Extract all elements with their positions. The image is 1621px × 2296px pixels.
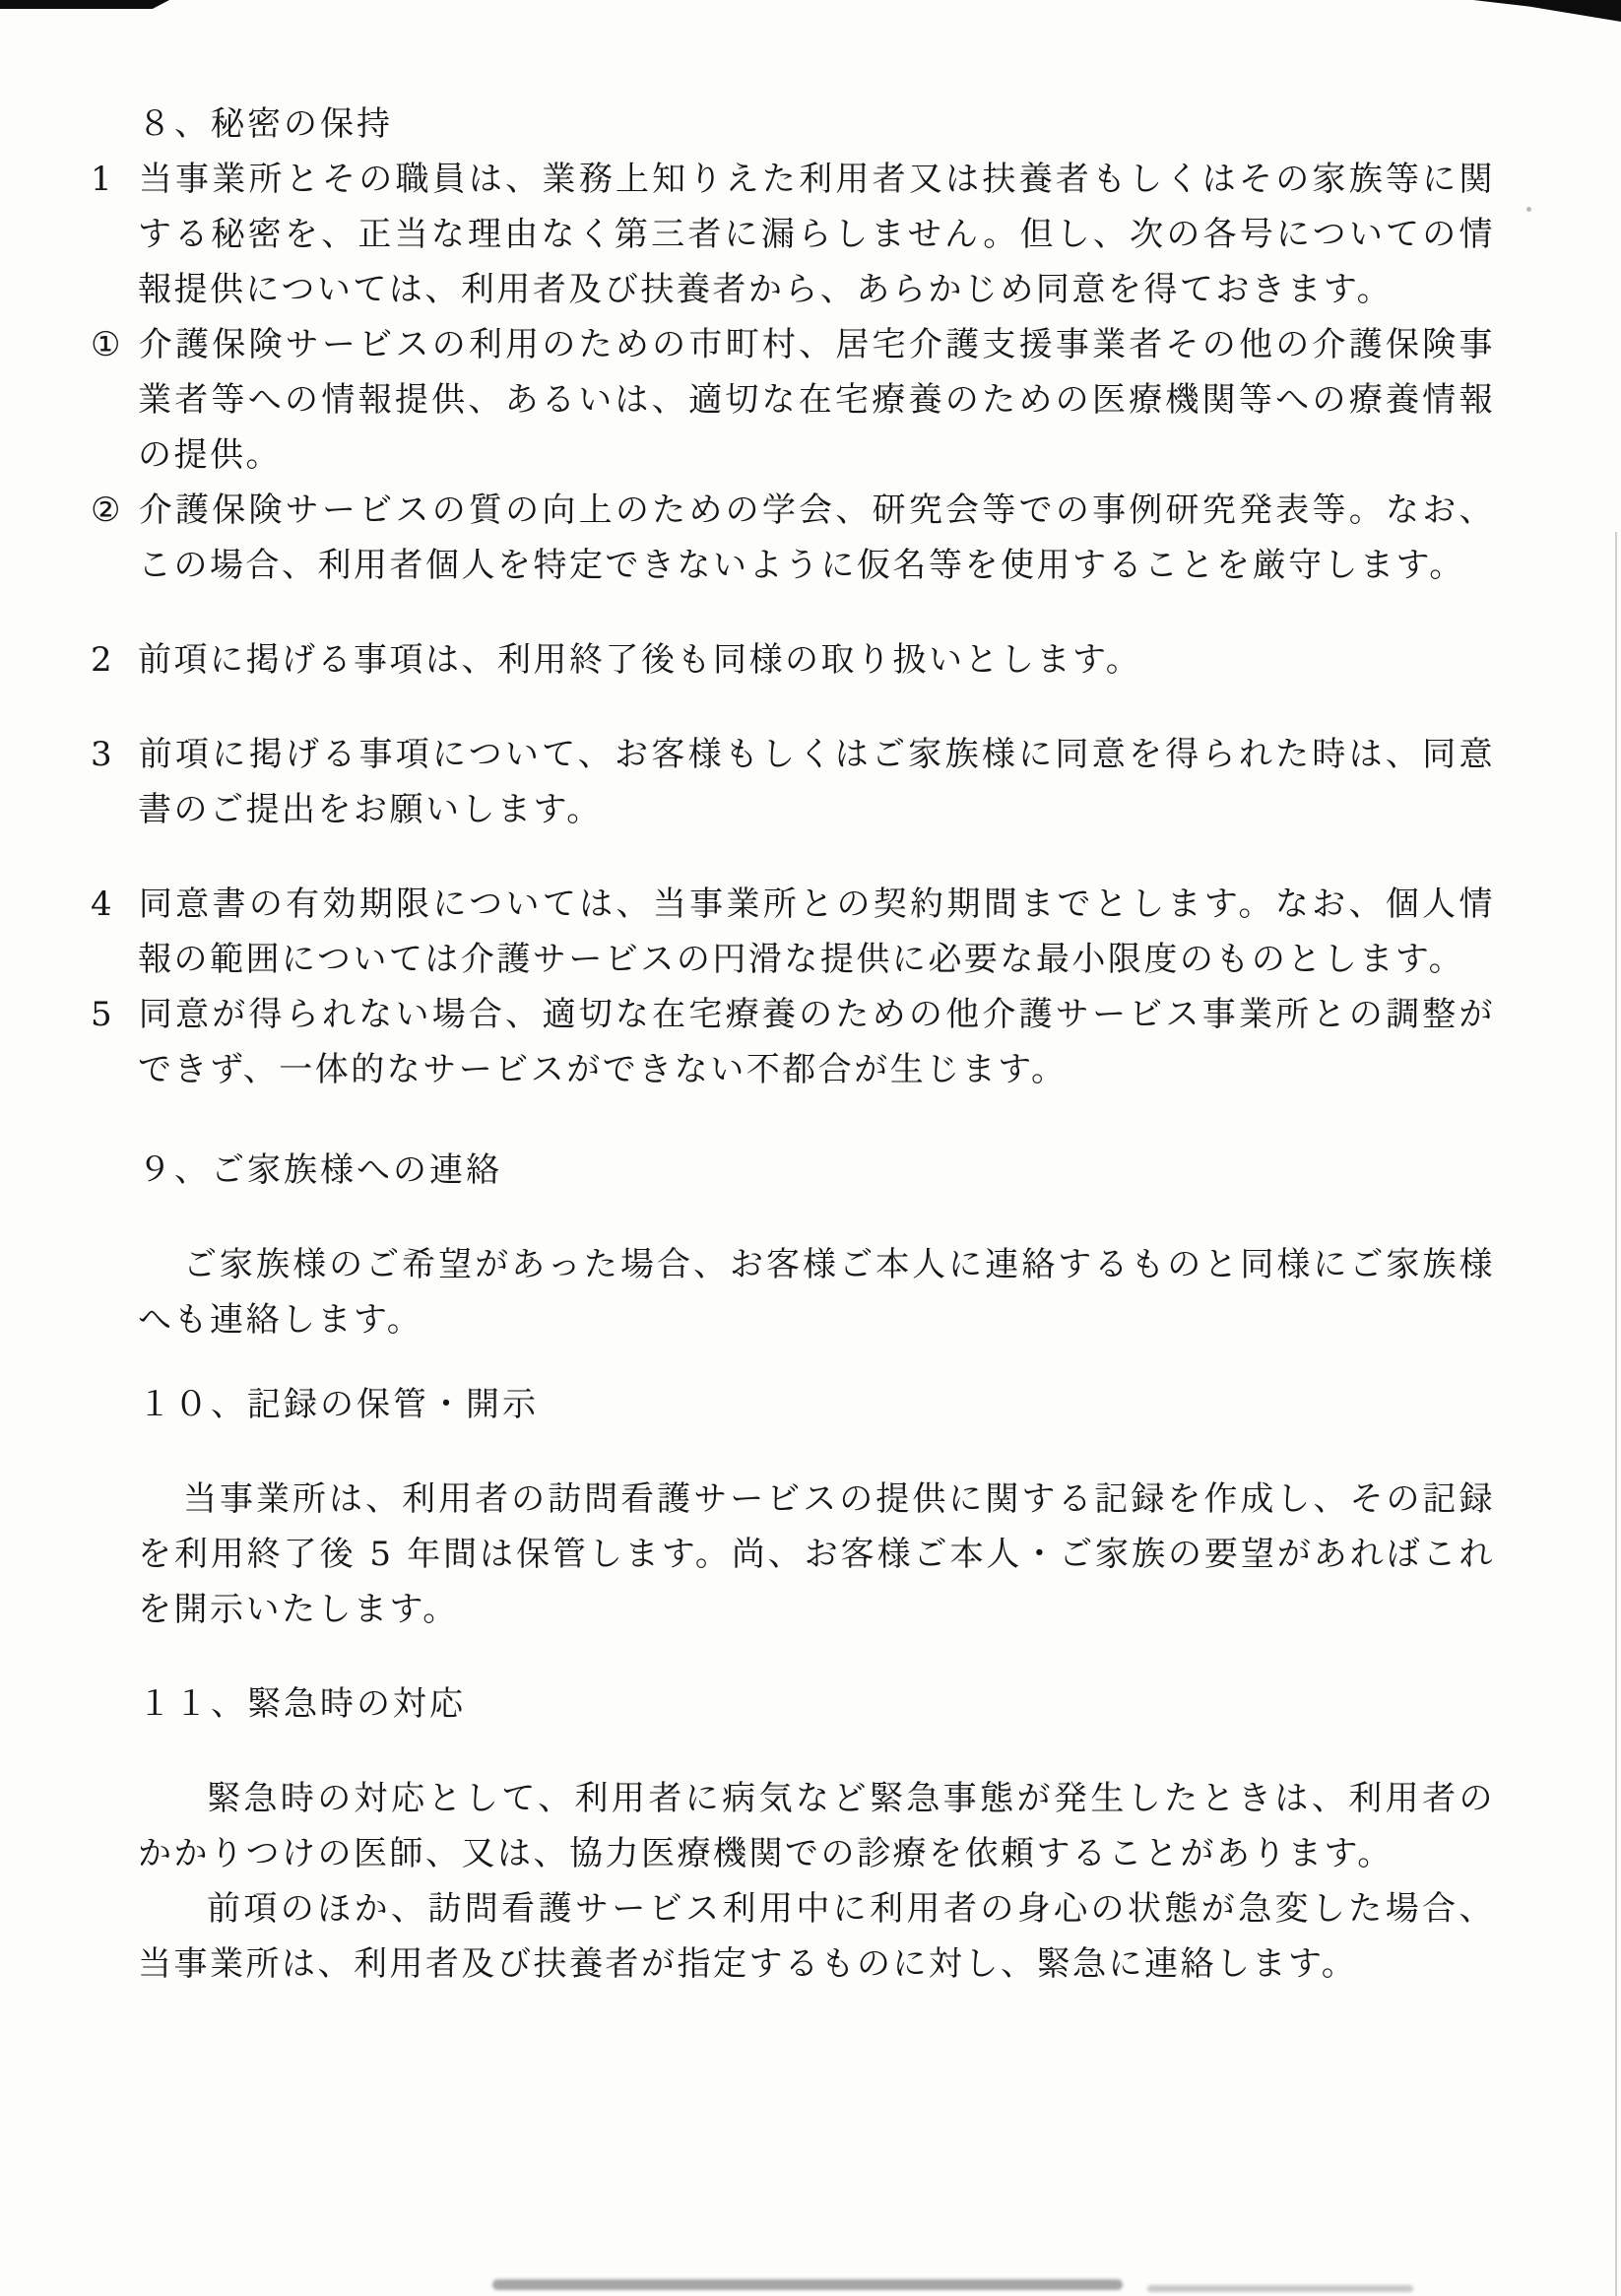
scan-artifact-right-edge-line [1615,532,1617,2296]
section-11-paragraph-2: 前項のほか、訪問看護サービス利用中に利用者の身心の状態が急変した場合、当事業所は… [138,1881,1495,1992]
clause-text: 介護保険サービスの質の向上のための学会、研究会等での事例研究発表等。なお、この場… [138,491,1495,585]
document-body: ８、秘密の保持 1当事業所とその職員は、業務上知りえた利用者又は扶養者もしくはそ… [138,97,1495,1992]
clause-text: 同意が得られない場合、適切な在宅療養のための他介護サービス事業所との調整ができず… [138,995,1495,1089]
clause-marker: 1 [91,152,138,207]
clause-marker: 2 [91,632,138,688]
clause-marker: 4 [91,877,138,932]
section-8-heading: ８、秘密の保持 [138,97,1495,152]
clause-text: 介護保険サービスの利用のための市町村、居宅介護支援事業者その他の介護保険事業者等… [138,325,1495,475]
section-9-heading: ９、ご家族様への連絡 [138,1143,1495,1198]
clause-8-2: 2前項に掲げる事項は、利用終了後も同様の取り扱いとします。 [138,632,1495,688]
section-11-heading: １１、緊急時の対応 [138,1676,1495,1732]
clause-text: 前項に掲げる事項は、利用終了後も同様の取り扱いとします。 [138,640,1141,680]
clause-text: 同意書の有効期限については、当事業所との契約期間までとします。なお、個人情報の範… [138,885,1495,979]
clause-8-5: 5同意が得られない場合、適切な在宅療養のための他介護サービス事業所との調整ができ… [138,987,1495,1097]
clause-8-3: 3前項に掲げる事項について、お客様もしくはご家族様に同意を得られた時は、同意書の… [138,727,1495,837]
clause-marker: 3 [91,727,138,782]
clause-marker: ① [91,317,138,372]
scanned-document-page: ８、秘密の保持 1当事業所とその職員は、業務上知りえた利用者又は扶養者もしくはそ… [0,0,1621,2296]
section-9-paragraph: ご家族様のご希望があった場合、お客様ご本人に連絡するものと同様にご家族様へも連絡… [138,1237,1495,1347]
scan-artifact-top-left [0,0,169,9]
scan-artifact-bottom-smudge-2 [1147,2285,1413,2292]
clause-8-circle-1: ①介護保険サービスの利用のための市町村、居宅介護支援事業者その他の介護保険事業者… [138,317,1495,483]
clause-8-1: 1当事業所とその職員は、業務上知りえた利用者又は扶養者もしくはその家族等に関する… [138,152,1495,317]
section-11-paragraph-1: 緊急時の対応として、利用者に病気など緊急事態が発生したときは、利用者のかかりつけ… [138,1771,1495,1881]
scan-artifact-bottom-smudge [492,2279,1123,2290]
clause-marker: 5 [91,987,138,1042]
section-10-heading: １０、記録の保管・開示 [138,1377,1495,1432]
clause-text: 当事業所とその職員は、業務上知りえた利用者又は扶養者もしくはその家族等に関する秘… [138,160,1495,309]
clause-8-circle-2: ②介護保険サービスの質の向上のための学会、研究会等での事例研究発表等。なお、この… [138,483,1495,593]
scan-artifact-top-right [1473,0,1621,22]
section-10-paragraph: 当事業所は、利用者の訪問看護サービスの提供に関する記録を作成し、その記録を利用終… [138,1472,1495,1637]
clause-text: 前項に掲げる事項について、お客様もしくはご家族様に同意を得られた時は、同意書のご… [138,735,1495,829]
scan-artifact-speck [1526,207,1531,212]
clause-8-4: 4同意書の有効期限については、当事業所との契約期間までとします。なお、個人情報の… [138,877,1495,987]
clause-marker: ② [91,483,138,538]
